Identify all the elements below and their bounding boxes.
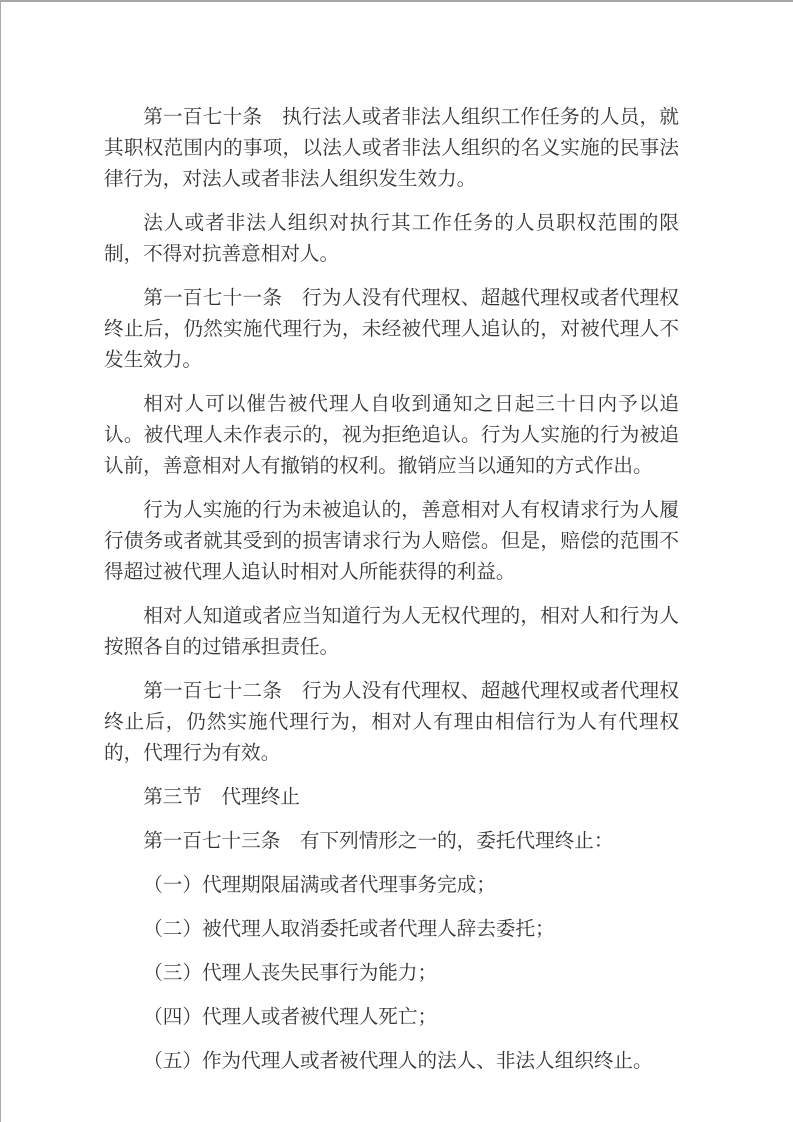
section-3-heading: 第三节 代理终止: [104, 782, 679, 813]
paragraph-article-173-p1: 第一百七十三条 有下列情形之一的，委托代理终止：: [104, 826, 679, 857]
paragraph-article-170-p2: 法人或者非法人组织对执行其工作任务的人员职权范围的限制，不得对抗善意相对人。: [104, 208, 679, 270]
paragraph-article-173-item-5: （五）作为代理人或者被代理人的法人、非法人组织终止。: [104, 1046, 679, 1077]
paragraph-article-171-p3: 行为人实施的行为未被追认的，善意相对人有权请求行为人履行债务或者就其受到的损害请…: [104, 495, 679, 588]
document-page: 第一百七十条 执行法人或者非法人组织工作任务的人员，就其职权范围内的事项，以法人…: [0, 0, 793, 1122]
paragraph-article-172-p1: 第一百七十二条 行为人没有代理权、超越代理权或者代理权终止后，仍然实施代理行为，…: [104, 676, 679, 769]
paragraph-article-173-item-1: （一）代理期限届满或者代理事务完成；: [104, 870, 679, 901]
paragraph-article-171-p1: 第一百七十一条 行为人没有代理权、超越代理权或者代理权终止后，仍然实施代理行为，…: [104, 283, 679, 376]
paragraph-article-173-item-3: （三）代理人丧失民事行为能力；: [104, 958, 679, 989]
document-content: 第一百七十条 执行法人或者非法人组织工作任务的人员，就其职权范围内的事项，以法人…: [1, 2, 793, 1077]
paragraph-article-170-p1: 第一百七十条 执行法人或者非法人组织工作任务的人员，就其职权范围内的事项，以法人…: [104, 102, 679, 195]
paragraph-article-173-item-4: （四）代理人或者被代理人死亡；: [104, 1002, 679, 1033]
paragraph-article-171-p2: 相对人可以催告被代理人自收到通知之日起三十日内予以追认。被代理人未作表示的，视为…: [104, 389, 679, 482]
paragraph-article-173-item-2: （二）被代理人取消委托或者代理人辞去委托；: [104, 914, 679, 945]
paragraph-article-171-p4: 相对人知道或者应当知道行为人无权代理的，相对人和行为人按照各自的过错承担责任。: [104, 601, 679, 663]
